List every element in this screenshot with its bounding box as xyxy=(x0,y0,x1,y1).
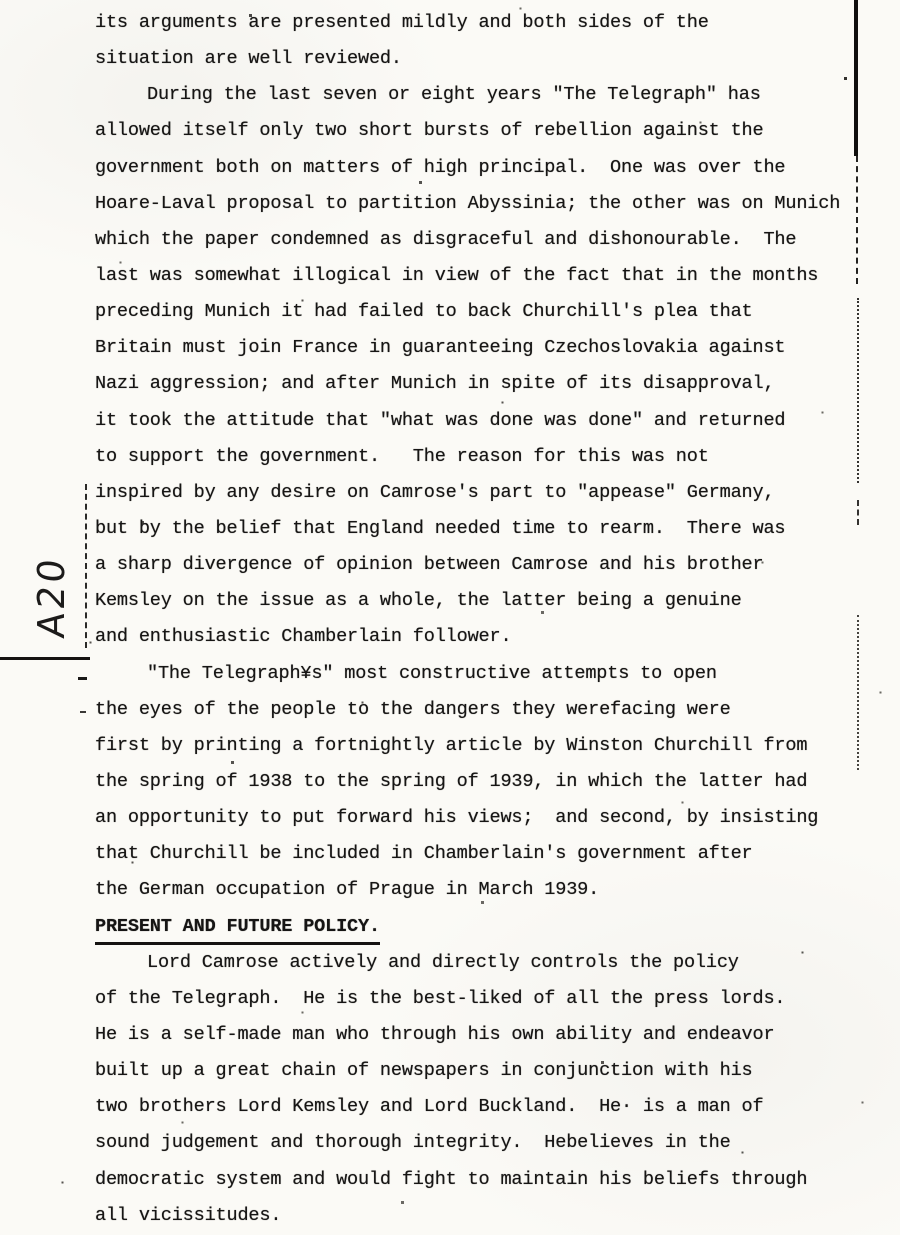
text-line: Hoare-Laval proposal to partition Abyssi… xyxy=(95,186,895,222)
text-line: Britain must join France in guaranteeing… xyxy=(95,330,895,366)
section-heading-text: PRESENT AND FUTURE POLICY. xyxy=(95,912,380,945)
text-line: and enthusiastic Chamberlain follower. xyxy=(95,619,895,655)
text-line: Kemsley on the issue as a whole, the lat… xyxy=(95,583,895,619)
margin-annotation-a20: A20 xyxy=(30,543,74,652)
typewritten-text: its arguments are presented mildly and b… xyxy=(95,5,895,1234)
text-line: that Churchill be included in Chamberlai… xyxy=(95,836,895,872)
text-line: of the Telegraph. He is the best-liked o… xyxy=(95,981,895,1017)
left-margin-horizontal-rule xyxy=(0,657,90,660)
text-line: He is a self-made man who through his ow… xyxy=(95,1017,895,1053)
text-line: but by the belief that England needed ti… xyxy=(95,511,895,547)
text-line: democratic system and would fight to mai… xyxy=(95,1162,895,1198)
text-line: the spring of 1938 to the spring of 1939… xyxy=(95,764,895,800)
text-line: last was somewhat illogical in view of t… xyxy=(95,258,895,294)
text-line: the German occupation of Prague in March… xyxy=(95,872,895,908)
text-line: preceding Munich it had failed to back C… xyxy=(95,294,895,330)
text-line: its arguments are presented mildly and b… xyxy=(95,5,895,41)
ink-speckles xyxy=(0,0,1,1)
text-line: it took the attitude that "what was done… xyxy=(95,403,895,439)
text-line: which the paper condemned as disgraceful… xyxy=(95,222,895,258)
text-line: the eyes of the people to the dangers th… xyxy=(95,692,895,728)
text-line: a sharp divergence of opinion between Ca… xyxy=(95,547,895,583)
text-line: situation are well reviewed. xyxy=(95,41,895,77)
text-line: two brothers Lord Kemsley and Lord Buckl… xyxy=(95,1089,895,1125)
document-page: A20 its arguments are presented mildly a… xyxy=(0,0,900,1235)
section-heading: PRESENT AND FUTURE POLICY. xyxy=(95,909,895,945)
text-line: During the last seven or eight years "Th… xyxy=(95,77,895,113)
text-line: all vicissitudes. xyxy=(95,1198,895,1234)
text-line: "The Telegraph¥s" most constructive atte… xyxy=(95,656,895,692)
text-line: built up a great chain of newspapers in … xyxy=(95,1053,895,1089)
text-line: Lord Camrose actively and directly contr… xyxy=(95,945,895,981)
left-margin-tick-mark-small xyxy=(80,711,86,713)
text-line: government both on matters of high princ… xyxy=(95,150,895,186)
text-line: Nazi aggression; and after Munich in spi… xyxy=(95,366,895,402)
text-line: allowed itself only two short bursts of … xyxy=(95,113,895,149)
text-line: inspired by any desire on Camrose's part… xyxy=(95,475,895,511)
text-line: to support the government. The reason fo… xyxy=(95,439,895,475)
left-margin-vertical-rule xyxy=(85,484,87,648)
left-margin-tick-mark xyxy=(78,677,87,680)
text-line: first by printing a fortnightly article … xyxy=(95,728,895,764)
text-line: sound judgement and thorough integrity. … xyxy=(95,1125,895,1161)
text-line: an opportunity to put forward his views;… xyxy=(95,800,895,836)
